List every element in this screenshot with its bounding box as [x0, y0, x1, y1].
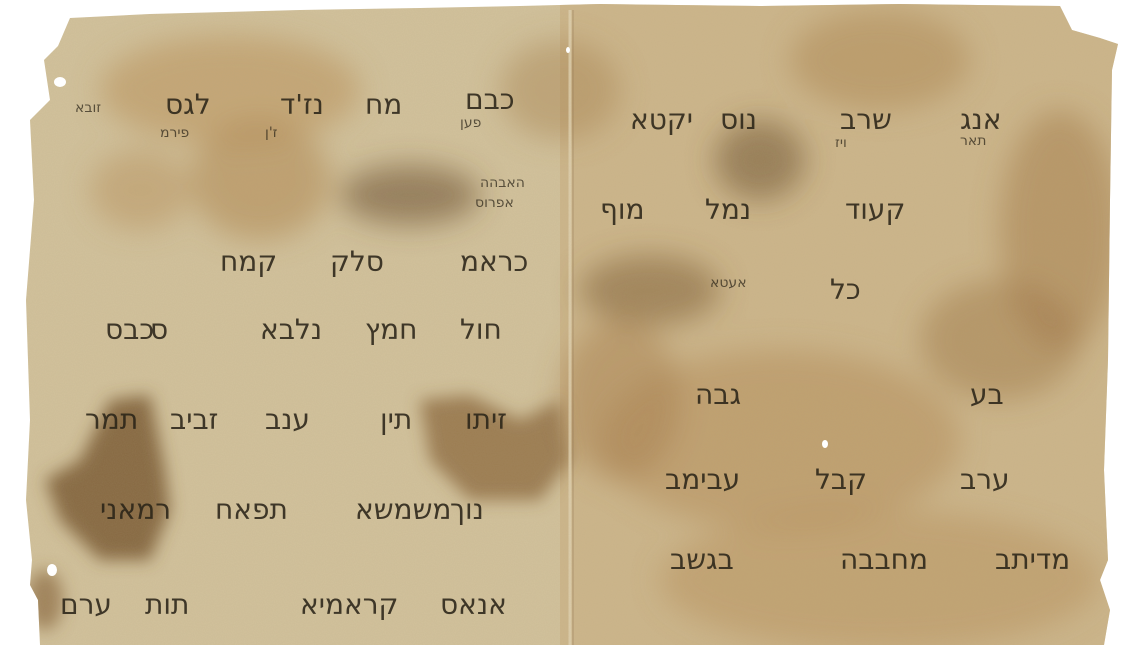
handwritten-word: תפאח	[215, 496, 288, 524]
handwritten-word: נלבא	[260, 316, 322, 344]
handwritten-word: תאר	[960, 134, 986, 148]
handwritten-word: אפרוס	[475, 196, 514, 210]
handwritten-word: עבימב	[665, 466, 740, 494]
manuscript-photo: אנגתארשרבויזנוסיקטאקעודנמלמוףאעטאכלבעגבה…	[0, 0, 1134, 645]
handwritten-word: משמשא	[355, 496, 451, 524]
handwritten-word: נמל	[705, 196, 751, 224]
handwritten-word: ויז	[835, 136, 847, 150]
handwritten-word: ז'ן	[265, 126, 278, 140]
handwritten-word: כל	[830, 276, 861, 304]
handwritten-word: ערב	[960, 466, 1010, 494]
handwritten-word: יקטא	[630, 106, 693, 134]
handwritten-word: מדיתב	[995, 546, 1070, 574]
handwritten-word: כראמ	[460, 248, 528, 276]
handwritten-word: תין	[380, 406, 412, 434]
handwritten-word: תמר	[85, 406, 138, 434]
handwritten-word: קראמיא	[300, 591, 398, 619]
handwritten-word: לגס	[165, 91, 211, 119]
handwritten-word: מחבבה	[840, 546, 928, 574]
handwritten-word: קעוד	[845, 196, 905, 224]
handwritten-word: בע	[970, 381, 1004, 409]
handwritten-word: אנג	[960, 106, 1001, 134]
handwritten-word: קבל	[815, 466, 867, 494]
handwritten-word: בגשב	[670, 546, 734, 574]
handwritten-word: רמאני	[100, 496, 171, 524]
handwritten-word: גבה	[695, 381, 741, 409]
handwritten-word: אנאס	[440, 591, 507, 619]
handwritten-word: מח	[365, 91, 402, 119]
handwritten-word: ענב	[265, 406, 310, 434]
handwritten-word: זיתו	[465, 406, 507, 434]
handwritten-word: קמח	[220, 248, 277, 276]
handwritten-word: זביב	[170, 406, 218, 434]
handwritten-word: פירמ	[160, 126, 189, 140]
handwritten-word: שרב	[840, 106, 892, 134]
handwritten-word: נוס	[720, 106, 757, 134]
handwritten-word: מוף	[600, 196, 645, 224]
handwritten-word: חול	[460, 316, 502, 344]
handwritten-word: נוך	[450, 496, 484, 524]
handwritten-word: זובא	[75, 101, 101, 115]
handwritten-word: האבהה	[480, 176, 525, 190]
handwritten-word: חמץ	[365, 316, 417, 344]
handwritten-word: כבס	[105, 316, 154, 344]
handwritten-word: נז'ד	[280, 91, 324, 119]
handwritten-word: תות	[145, 591, 189, 619]
handwritten-word: ערם	[60, 591, 112, 619]
handwritten-word: אעטא	[710, 276, 747, 290]
handwritten-word: כבם	[465, 86, 515, 114]
handwritten-word: פען	[460, 116, 481, 130]
handwritten-word: סלק	[330, 248, 384, 276]
